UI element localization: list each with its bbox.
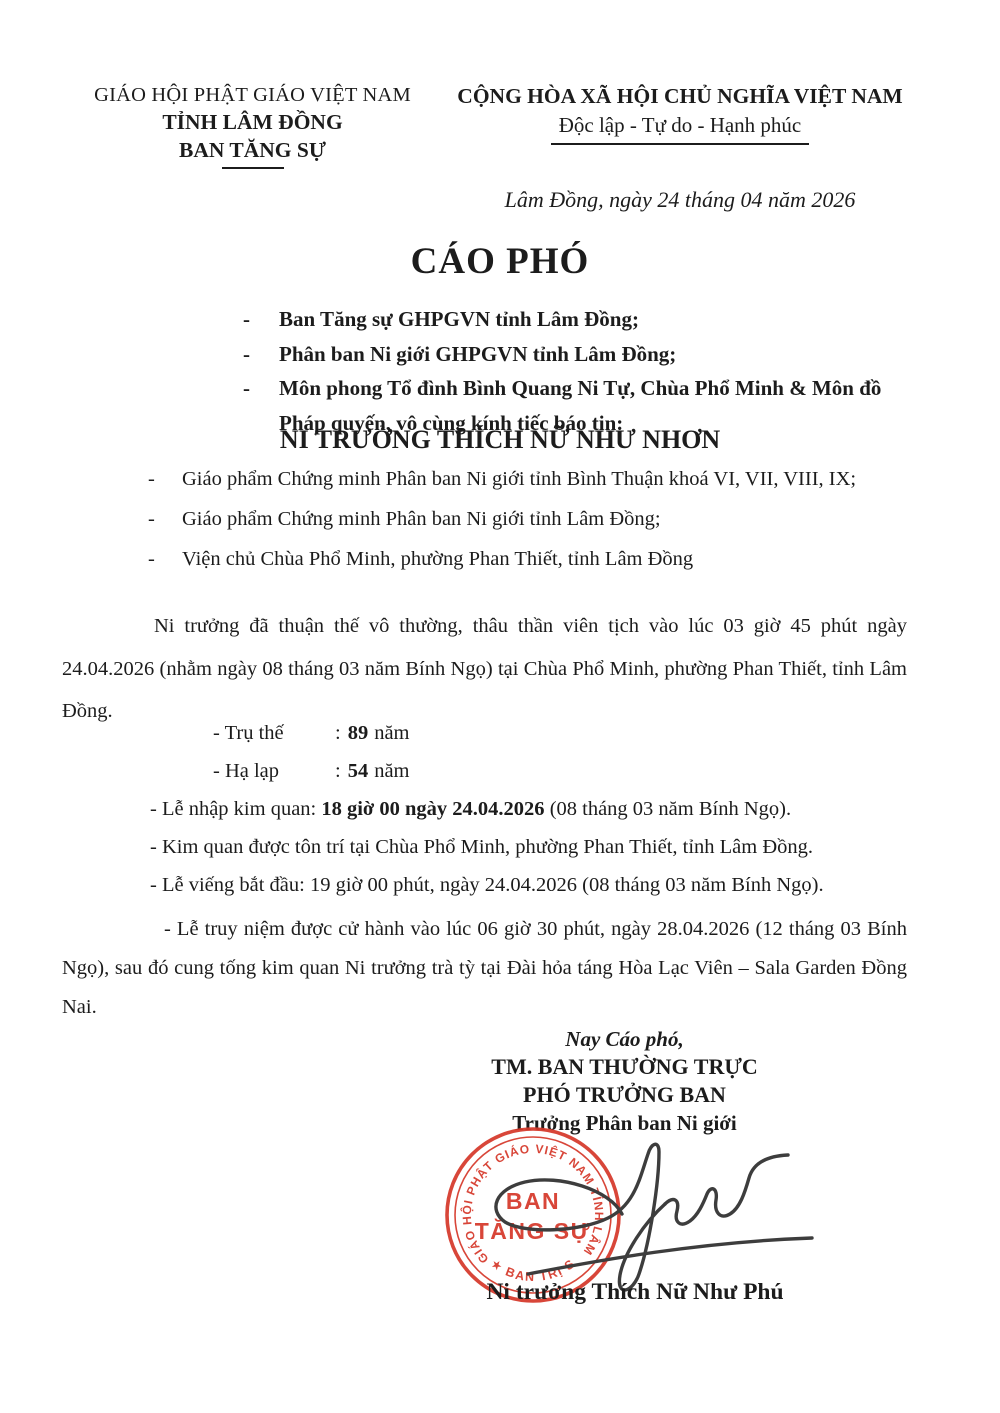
signature-stroke-flourish	[528, 1238, 812, 1274]
stat-row-ha-lap: - Hạ lạp:54năm	[213, 760, 410, 798]
signature-stroke-loop	[496, 1144, 665, 1290]
list-dash: -	[148, 506, 182, 533]
deceased-roles-list: - Giáo phẩm Chứng minh Phân ban Ni giới …	[148, 466, 948, 586]
event-text: - Lễ viếng bắt đầu: 19 giờ 00 phút, ngày…	[150, 874, 824, 896]
signature-block: Nay Cáo phó, TM. BAN THƯỜNG TRỰC PHÓ TRƯ…	[392, 1026, 857, 1137]
stat-value: 89	[348, 722, 369, 744]
org-province: TỈNH LÂM ĐỒNG	[55, 110, 450, 135]
stat-unit: năm	[374, 722, 409, 744]
event-text: - Kim quan được tôn trí tại Chùa Phổ Min…	[150, 836, 813, 858]
age-stats: - Trụ thế:89năm - Hạ lạp:54năm	[213, 722, 410, 798]
role-item: - Viện chủ Chùa Phổ Minh, phường Phan Th…	[148, 546, 948, 573]
announcer-item: - Phân ban Ni giới GHPGVN tỉnh Lâm Đồng;	[243, 337, 921, 372]
list-dash: -	[243, 337, 279, 372]
event-line: - Lễ viếng bắt đầu: 19 giờ 00 phút, ngày…	[150, 874, 950, 912]
passing-paragraph: Ni trưởng đã thuận thế vô thường, thâu t…	[62, 605, 907, 733]
list-dash: -	[148, 466, 182, 493]
stat-row-tru-the: - Trụ thế:89năm	[213, 722, 410, 760]
national-title: CỘNG HÒA XÃ HỘI CHỦ NGHĨA VIỆT NAM	[435, 84, 925, 109]
place-date-line: Lâm Đồng, ngày 24 tháng 04 năm 2026	[435, 187, 925, 213]
role-text: Giáo phẩm Chứng minh Phân ban Ni giới tỉ…	[182, 466, 856, 493]
issuing-org-block: GIÁO HỘI PHẬT GIÁO VIỆT NAM TỈNH LÂM ĐỒN…	[55, 84, 450, 169]
org-department: BAN TĂNG SỰ	[55, 138, 450, 163]
event-text: (08 tháng 03 năm Bính Ngọ).	[545, 798, 792, 820]
role-text: Giáo phẩm Chứng minh Phân ban Ni giới tỉ…	[182, 506, 661, 533]
national-header-block: CỘNG HÒA XÃ HỘI CHỦ NGHĨA VIỆT NAM Độc l…	[435, 84, 925, 145]
event-text: - Lễ nhập kim quan:	[150, 798, 321, 820]
national-motto: Độc lập - Tự do - Hạnh phúc	[435, 113, 925, 138]
deceased-name-heading: NI TRƯỞNG THÍCH NỮ NHƯ NHƠN	[0, 425, 1000, 455]
document-title: CÁO PHÓ	[0, 240, 1000, 283]
event-line: - Kim quan được tôn trí tại Chùa Phổ Min…	[150, 836, 950, 874]
list-dash: -	[243, 302, 279, 337]
signature-position: PHÓ TRƯỞNG BAN	[392, 1081, 857, 1109]
role-text: Viện chủ Chùa Phổ Minh, phường Phan Thiế…	[182, 546, 693, 573]
announcer-item: - Ban Tăng sự GHPGVN tỉnh Lâm Đồng;	[243, 302, 921, 337]
obituary-document-page: GIÁO HỘI PHẬT GIÁO VIỆT NAM TỈNH LÂM ĐỒN…	[0, 0, 1000, 1413]
stat-colon: :	[335, 722, 341, 744]
signature-on-behalf: TM. BAN THƯỜNG TRỰC	[392, 1053, 857, 1081]
announcer-list: - Ban Tăng sự GHPGVN tỉnh Lâm Đồng; - Ph…	[243, 302, 921, 440]
stat-unit: năm	[374, 760, 409, 782]
org-name: GIÁO HỘI PHẬT GIÁO VIỆT NAM	[55, 84, 450, 107]
motto-underline	[551, 143, 809, 145]
announcer-text: Ban Tăng sự GHPGVN tỉnh Lâm Đồng;	[279, 302, 639, 337]
stat-label: - Trụ thế	[213, 722, 335, 745]
role-item: - Giáo phẩm Chứng minh Phân ban Ni giới …	[148, 506, 948, 533]
ceremony-events-list: - Lễ nhập kim quan: 18 giờ 00 ngày 24.04…	[150, 798, 950, 912]
signature-stroke-letters	[665, 1155, 788, 1224]
org-underline	[222, 167, 284, 169]
event-bold-text: 18 giờ 00 ngày 24.04.2026	[321, 798, 544, 820]
memorial-paragraph: - Lễ truy niệm được cử hành vào lúc 06 g…	[62, 910, 907, 1027]
stat-label: - Hạ lạp	[213, 760, 335, 783]
stat-colon: :	[335, 760, 341, 782]
signer-name: Ni trưởng Thích Nữ Như Phú	[405, 1279, 865, 1306]
event-line: - Lễ nhập kim quan: 18 giờ 00 ngày 24.04…	[150, 798, 950, 836]
role-item: - Giáo phẩm Chứng minh Phân ban Ni giới …	[148, 466, 948, 493]
signature-intro: Nay Cáo phó,	[392, 1026, 857, 1053]
stat-value: 54	[348, 760, 369, 782]
announcer-text: Phân ban Ni giới GHPGVN tỉnh Lâm Đồng;	[279, 337, 676, 372]
list-dash: -	[148, 546, 182, 573]
